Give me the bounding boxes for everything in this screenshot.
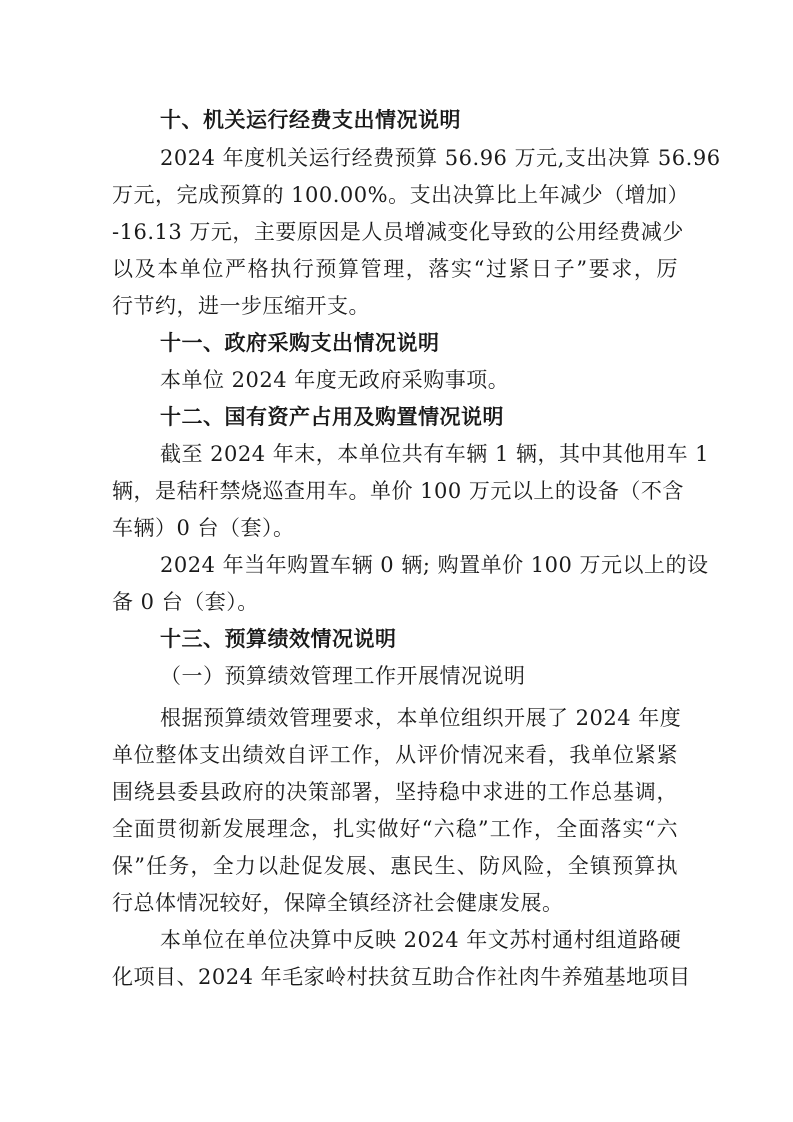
paragraph-line: 本单位 2024 年度无政府采购事项。 [160,365,678,395]
paragraph-line: 围绕县委县政府的决策部署，坚持稳中求进的工作总基调， [112,777,678,807]
paragraph-line: 根据预算绩效管理要求，本单位组织开展了 2024 年度 [160,703,678,733]
section-heading-13: 十三、预算绩效情况说明 [160,624,397,654]
subsection-heading: （一）预算绩效管理工作开展情况说明 [160,661,526,691]
paragraph-line: -16.13 万元，主要原因是人员增减变化导致的公用经费减少 [112,217,678,247]
section-heading-11: 十一、政府采购支出情况说明 [160,328,440,358]
section-heading-12: 十二、国有资产占用及购置情况说明 [160,402,504,432]
document-page: 十、机关运行经费支出情况说明 2024 年度机关运行经费预算 56.96 万元,… [0,0,793,1122]
paragraph-line: 单位整体支出绩效自评工作，从评价情况来看，我单位紧紧 [112,740,678,770]
paragraph-line: 车辆）0 台（套）。 [112,513,678,543]
paragraph-line: 辆，是秸秆禁烧巡查用车。单价 100 万元以上的设备（不含 [112,476,678,506]
paragraph-line: 本单位在单位决算中反映 2024 年文苏村通村组道路硬 [160,925,678,955]
paragraph-line: 保”任务，全力以赴促发展、惠民生、防风险，全镇预算执 [112,851,678,881]
paragraph-line: 截至 2024 年末，本单位共有车辆 1 辆，其中其他用车 1 [160,439,678,469]
paragraph-line: 以及本单位严格执行预算管理，落实“过紧日子”要求，厉 [112,254,678,284]
paragraph-line: 全面贯彻新发展理念，扎实做好“六稳”工作，全面落实“六 [112,814,678,844]
paragraph-line: 2024 年当年购置车辆 0 辆; 购置单价 100 万元以上的设 [160,550,678,580]
paragraph-line: 备 0 台（套）。 [112,587,678,617]
paragraph-line: 化项目、2024 年毛家岭村扶贫互助合作社肉牛养殖基地项目 [112,962,678,992]
paragraph-line: 万元，完成预算的 100.00%。支出决算比上年减少（增加） [112,180,678,210]
paragraph-line: 2024 年度机关运行经费预算 56.96 万元,支出决算 56.96 [160,143,678,173]
paragraph-line: 行节约，进一步压缩开支。 [112,291,678,321]
section-heading-10: 十、机关运行经费支出情况说明 [160,105,461,135]
paragraph-line: 行总体情况较好，保障全镇经济社会健康发展。 [112,888,678,918]
